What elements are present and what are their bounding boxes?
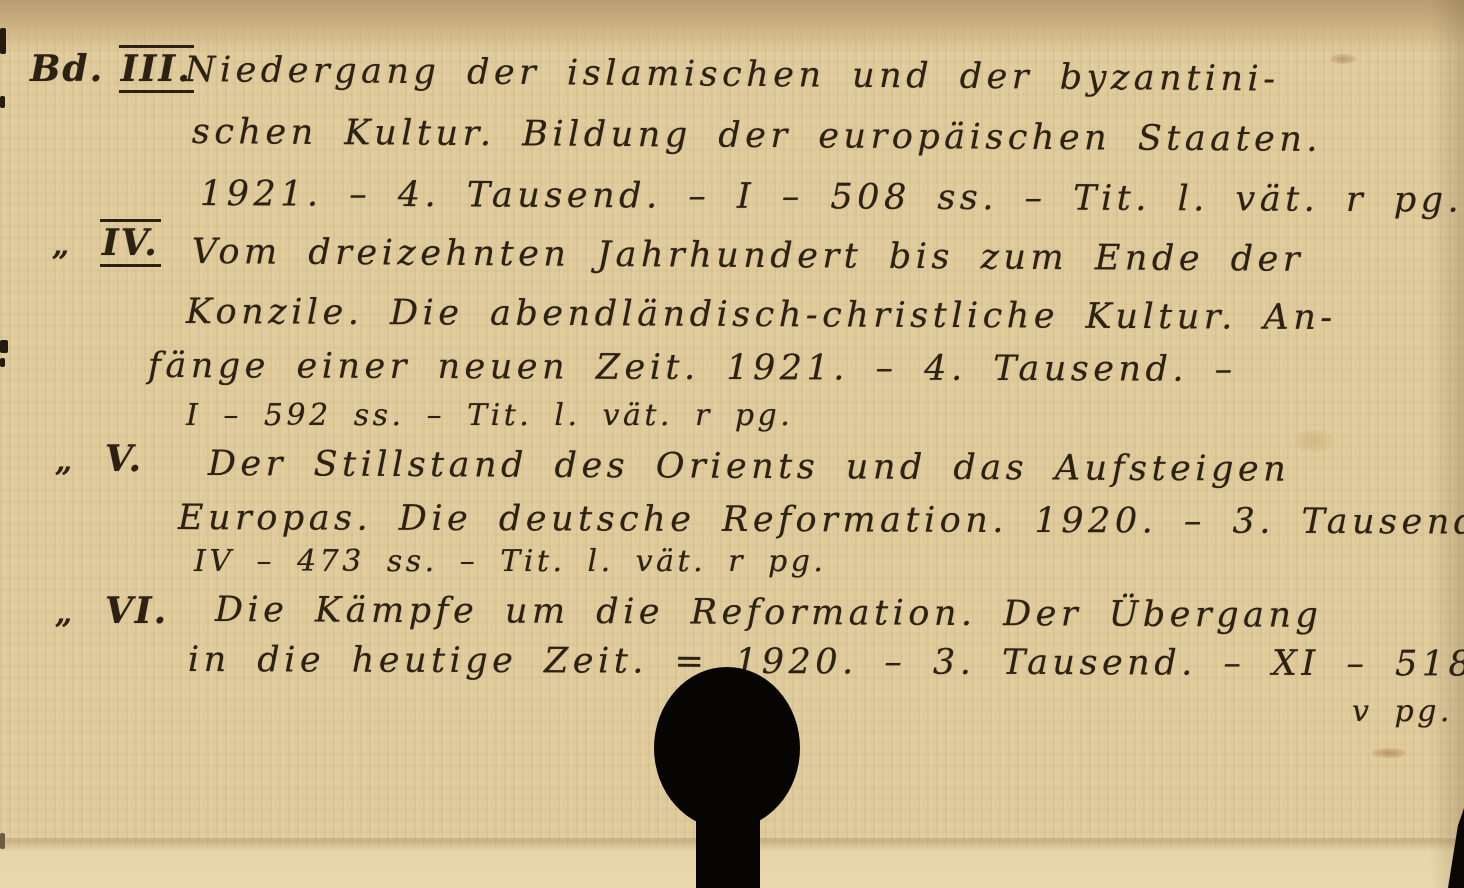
ditto-mark: „	[55, 444, 74, 479]
volume-label-iv: „ IV.	[52, 222, 161, 264]
entry-line: Niedergang der islamischen und der byzan…	[185, 50, 1280, 100]
entry-line: schen Kultur. Bildung der europäischen S…	[192, 112, 1322, 160]
edge-speck	[0, 96, 5, 108]
volume-label-vi: „ VI.	[55, 590, 170, 632]
catalog-card-scan: Bd. III. Niedergang der islamischen und …	[0, 0, 1464, 888]
volume-label-v: „ V.	[55, 438, 145, 480]
punch-hole-stem	[696, 800, 760, 888]
entry-line: I – 592 ss. – Tit. l. vät. r pg.	[186, 398, 793, 433]
volume-numeral: V.	[103, 438, 145, 480]
edge-speck	[0, 28, 6, 54]
volume-label-prefix: Bd.	[30, 48, 104, 90]
entry-line: Konzile. Die abendländisch-christliche K…	[186, 292, 1337, 338]
entry-line: Der Stillstand des Orients und das Aufst…	[208, 444, 1290, 490]
edge-speck	[0, 833, 5, 849]
volume-numeral: IV.	[100, 219, 161, 267]
paper-stain	[1330, 54, 1356, 64]
volume-label-iii: Bd. III.	[30, 48, 194, 90]
ditto-mark: „	[52, 228, 71, 263]
paper-right-edge-shading	[1430, 0, 1464, 888]
torn-corner	[1448, 808, 1464, 888]
entry-line: IV – 473 ss. – Tit. l. vät. r pg.	[194, 544, 826, 579]
entry-line: fänge einer neuen Zeit. 1921. – 4. Tause…	[148, 346, 1237, 390]
entry-line: Europas. Die deutsche Reformation. 1920.…	[178, 498, 1464, 543]
entry-line: Die Kämpfe um die Reformation. Der Überg…	[215, 590, 1323, 636]
paper-stain	[1294, 430, 1334, 452]
entry-line: in die heutige Zeit. = 1920. – 3. Tausen…	[188, 640, 1464, 686]
edge-speck	[0, 340, 8, 353]
entry-line: v pg.	[1352, 694, 1453, 729]
paper-top-edge-shading	[0, 0, 1464, 52]
entry-line: 1921. – 4. Tausend. – I – 508 ss. – Tit.…	[200, 174, 1464, 221]
paper-stain	[1372, 748, 1406, 758]
ditto-mark: „	[55, 596, 74, 631]
edge-speck	[0, 358, 5, 367]
volume-numeral: III.	[119, 45, 194, 93]
volume-numeral: VI.	[103, 590, 170, 632]
entry-line: Vom dreizehnten Jahrhundert bis zum Ende…	[192, 232, 1304, 280]
